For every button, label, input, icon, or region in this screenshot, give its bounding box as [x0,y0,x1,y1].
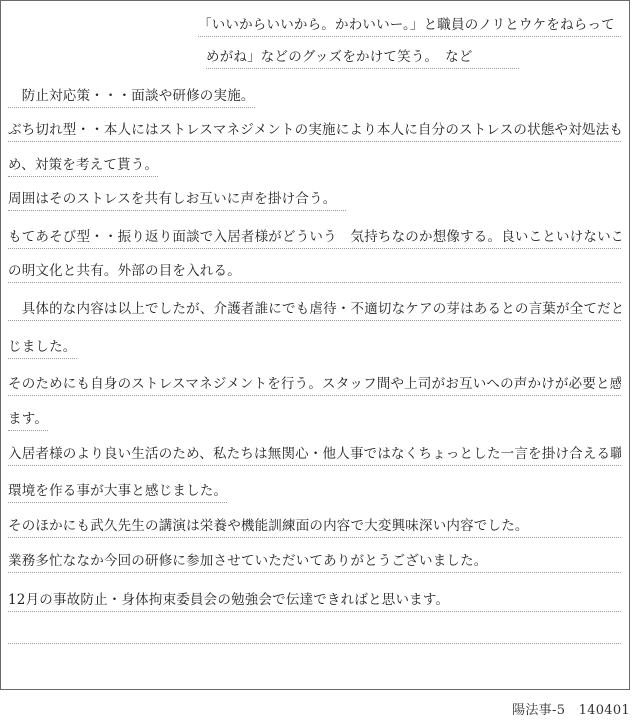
text-line-7-content: もてあそび型・・振り返り面談で入居者様がどういう 気持ちなのか想像する。良いこと… [8,226,621,249]
text-line-12-content: ます。 [8,408,48,431]
text-line-16-content: 業務多忙ななか今回の研修に参加させていただいてありがとうございました。 [8,550,621,573]
text-line-5: め、対策を考えて貰う。 [8,154,621,176]
text-line-16: 業務多忙ななか今回の研修に参加させていただいてありがとうございました。 [8,550,621,572]
text-line-9: 具体的な内容は以上でしたが、介護者誰にでも虐待・不適切なケアの芽はあるとの言葉が… [8,298,621,320]
report-form-box: 「いいからいいから。かわいいー。」と職員のノリとウケをねらって「鼻 めがね」など… [0,0,630,690]
text-line-2: めがね」などのグッズをかけて笑う。 など [206,46,621,68]
text-line-11-content: そのためにも自身のストレスマネジメントを行う。スタッフ間や上司がお互いへの声かけ… [8,373,621,396]
text-line-10-content: じました。 [8,336,77,359]
text-line-4-content: ぶち切れ型・・本人にはストレスマネジメントの実施により本人に自分のストレスの状態… [8,119,621,142]
text-line-3-content: 防止対応策・・・面談や研修の実施。 [8,85,255,108]
empty-ruled-line [8,643,621,644]
text-line-17: 12月の事故防止・身体拘束委員会の勉強会で伝達できればと思います。 [8,589,621,611]
text-line-7: もてあそび型・・振り返り面談で入居者様がどういう 気持ちなのか想像する。良いこと… [8,226,621,248]
text-line-1: 「いいからいいから。かわいいー。」と職員のノリとウケをねらって「鼻 [198,14,621,36]
text-line-17-content: 12月の事故防止・身体拘束委員会の勉強会で伝達できればと思います。 [8,589,621,612]
text-line-10: じました。 [8,336,621,358]
text-line-6: 周囲はそのストレスを共有しお互いに声を掛け合う。 [8,188,621,210]
text-line-14-content: 環境を作る事が大事と感じました。 [8,480,227,503]
text-line-6-content: 周囲はそのストレスを共有しお互いに声を掛け合う。 [8,188,346,211]
text-line-11: そのためにも自身のストレスマネジメントを行う。スタッフ間や上司がお互いへの声かけ… [8,373,621,395]
text-line-2-content: めがね」などのグッズをかけて笑う。 など [206,46,519,69]
text-line-12: ます。 [8,408,621,430]
text-line-15: そのほかにも武久先生の講演は栄養や機能訓練面の内容で大変興味深い内容でした。 [8,515,621,537]
text-line-3: 防止対応策・・・面談や研修の実施。 [8,85,621,107]
text-line-13-content: 入居者様のより良い生活のため、私たちは無関心・他人事ではなくちょっとした一言を掛… [8,443,621,466]
text-line-4: ぶち切れ型・・本人にはストレスマネジメントの実施により本人に自分のストレスの状態… [8,119,621,141]
text-line-5-content: め、対策を考えて貰う。 [8,154,158,177]
text-line-15-content: そのほかにも武久先生の講演は栄養や機能訓練面の内容で大変興味深い内容でした。 [8,515,621,538]
text-line-13: 入居者様のより良い生活のため、私たちは無関心・他人事ではなくちょっとした一言を掛… [8,443,621,465]
text-line-1-content: 「いいからいいから。かわいいー。」と職員のノリとウケをねらって「鼻 [198,14,621,37]
form-code: 陽法事-5 140401 [512,699,630,718]
text-line-8: の明文化と共有。外部の目を入れる。 [8,260,621,282]
text-line-9-content: 具体的な内容は以上でしたが、介護者誰にでも虐待・不適切なケアの芽はあるとの言葉が… [8,298,621,321]
text-line-8-content: の明文化と共有。外部の目を入れる。 [8,260,621,283]
text-line-14: 環境を作る事が大事と感じました。 [8,480,621,502]
